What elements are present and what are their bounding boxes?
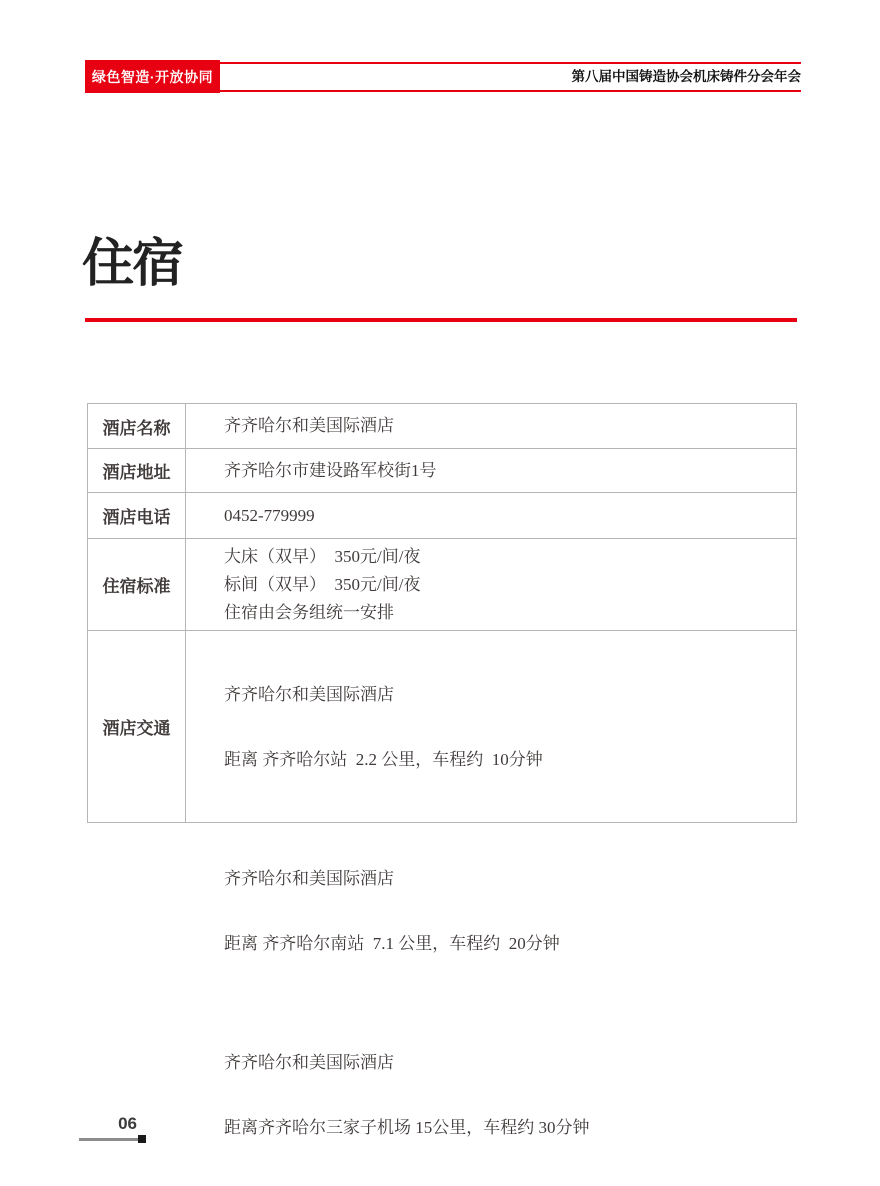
row-label: 酒店交通 — [88, 631, 186, 822]
header-slogan-badge: 绿色智造·开放协同 — [85, 60, 220, 93]
value-line: 齐齐哈尔市建设路军校街1号 — [224, 461, 796, 481]
transport-entry: 齐齐哈尔和美国际酒店 距离 齐齐哈尔站 2.2 公里，车程约 10分钟 — [224, 642, 796, 812]
table-row-hotel-name: 酒店名称 齐齐哈尔和美国际酒店 — [88, 404, 796, 449]
header-slogan-text: 绿色智造·开放协同 — [92, 67, 213, 87]
transport-distance-line: 距离 齐齐哈尔南站 7.1 公里，车程约 20分钟 — [224, 931, 796, 956]
row-label: 酒店电话 — [88, 493, 186, 538]
row-value: 大床（双早） 350元/间/夜 标间（双早） 350元/间/夜 住宿由会务组统一… — [186, 539, 796, 630]
footer-square-marker — [138, 1135, 146, 1143]
table-row-hotel-phone: 酒店电话 0452-779999 — [88, 493, 796, 539]
row-label: 酒店名称 — [88, 404, 186, 448]
header-conference-title: 第八届中国铸造协会机床铸件分会年会 — [572, 64, 802, 90]
transport-distance-line: 距离齐齐哈尔三家子机场 15公里，车程约 30分钟 — [224, 1115, 796, 1140]
document-page: 绿色智造·开放协同 第八届中国铸造协会机床铸件分会年会 住宿 酒店名称 齐齐哈尔… — [0, 0, 880, 1186]
transport-hotel-line: 齐齐哈尔和美国际酒店 — [224, 866, 796, 891]
hotel-info-table: 酒店名称 齐齐哈尔和美国际酒店 酒店地址 齐齐哈尔市建设路军校街1号 酒店电话 … — [87, 403, 797, 823]
transport-entry: 齐齐哈尔和美国际酒店 距离 齐齐哈尔南站 7.1 公里，车程约 20分钟 — [224, 826, 796, 996]
row-value: 齐齐哈尔市建设路军校街1号 — [186, 449, 796, 492]
transport-hotel-line: 齐齐哈尔和美国际酒店 — [224, 682, 796, 707]
value-line: 大床（双早） 350元/间/夜 — [224, 543, 796, 571]
table-row-hotel-address: 酒店地址 齐齐哈尔市建设路军校街1号 — [88, 449, 796, 493]
title-underline — [85, 318, 797, 322]
transport-distance-line: 距离 齐齐哈尔站 2.2 公里，车程约 10分钟 — [224, 747, 796, 772]
row-label: 酒店地址 — [88, 449, 186, 492]
row-value: 0452-779999 — [186, 493, 796, 538]
row-value: 齐齐哈尔和美国际酒店 — [186, 404, 796, 448]
footer-rule — [79, 1138, 138, 1141]
value-line: 齐齐哈尔和美国际酒店 — [224, 416, 796, 436]
table-row-hotel-transport: 酒店交通 齐齐哈尔和美国际酒店 距离 齐齐哈尔站 2.2 公里，车程约 10分钟… — [88, 631, 796, 822]
transport-hotel-line: 齐齐哈尔和美国际酒店 — [224, 1050, 796, 1075]
page-title: 住宿 — [82, 233, 182, 295]
row-value: 齐齐哈尔和美国际酒店 距离 齐齐哈尔站 2.2 公里，车程约 10分钟 齐齐哈尔… — [186, 631, 796, 822]
transport-entry: 齐齐哈尔和美国际酒店 距离齐齐哈尔三家子机场 15公里，车程约 30分钟 — [224, 1010, 796, 1180]
page-number: 06 — [79, 1114, 137, 1134]
value-line: 标间（双早） 350元/间/夜 — [224, 571, 796, 599]
value-line: 住宿由会务组统一安排 — [224, 599, 796, 627]
table-row-room-standard: 住宿标准 大床（双早） 350元/间/夜 标间（双早） 350元/间/夜 住宿由… — [88, 539, 796, 631]
row-label: 住宿标准 — [88, 539, 186, 630]
value-line: 0452-779999 — [224, 506, 796, 526]
